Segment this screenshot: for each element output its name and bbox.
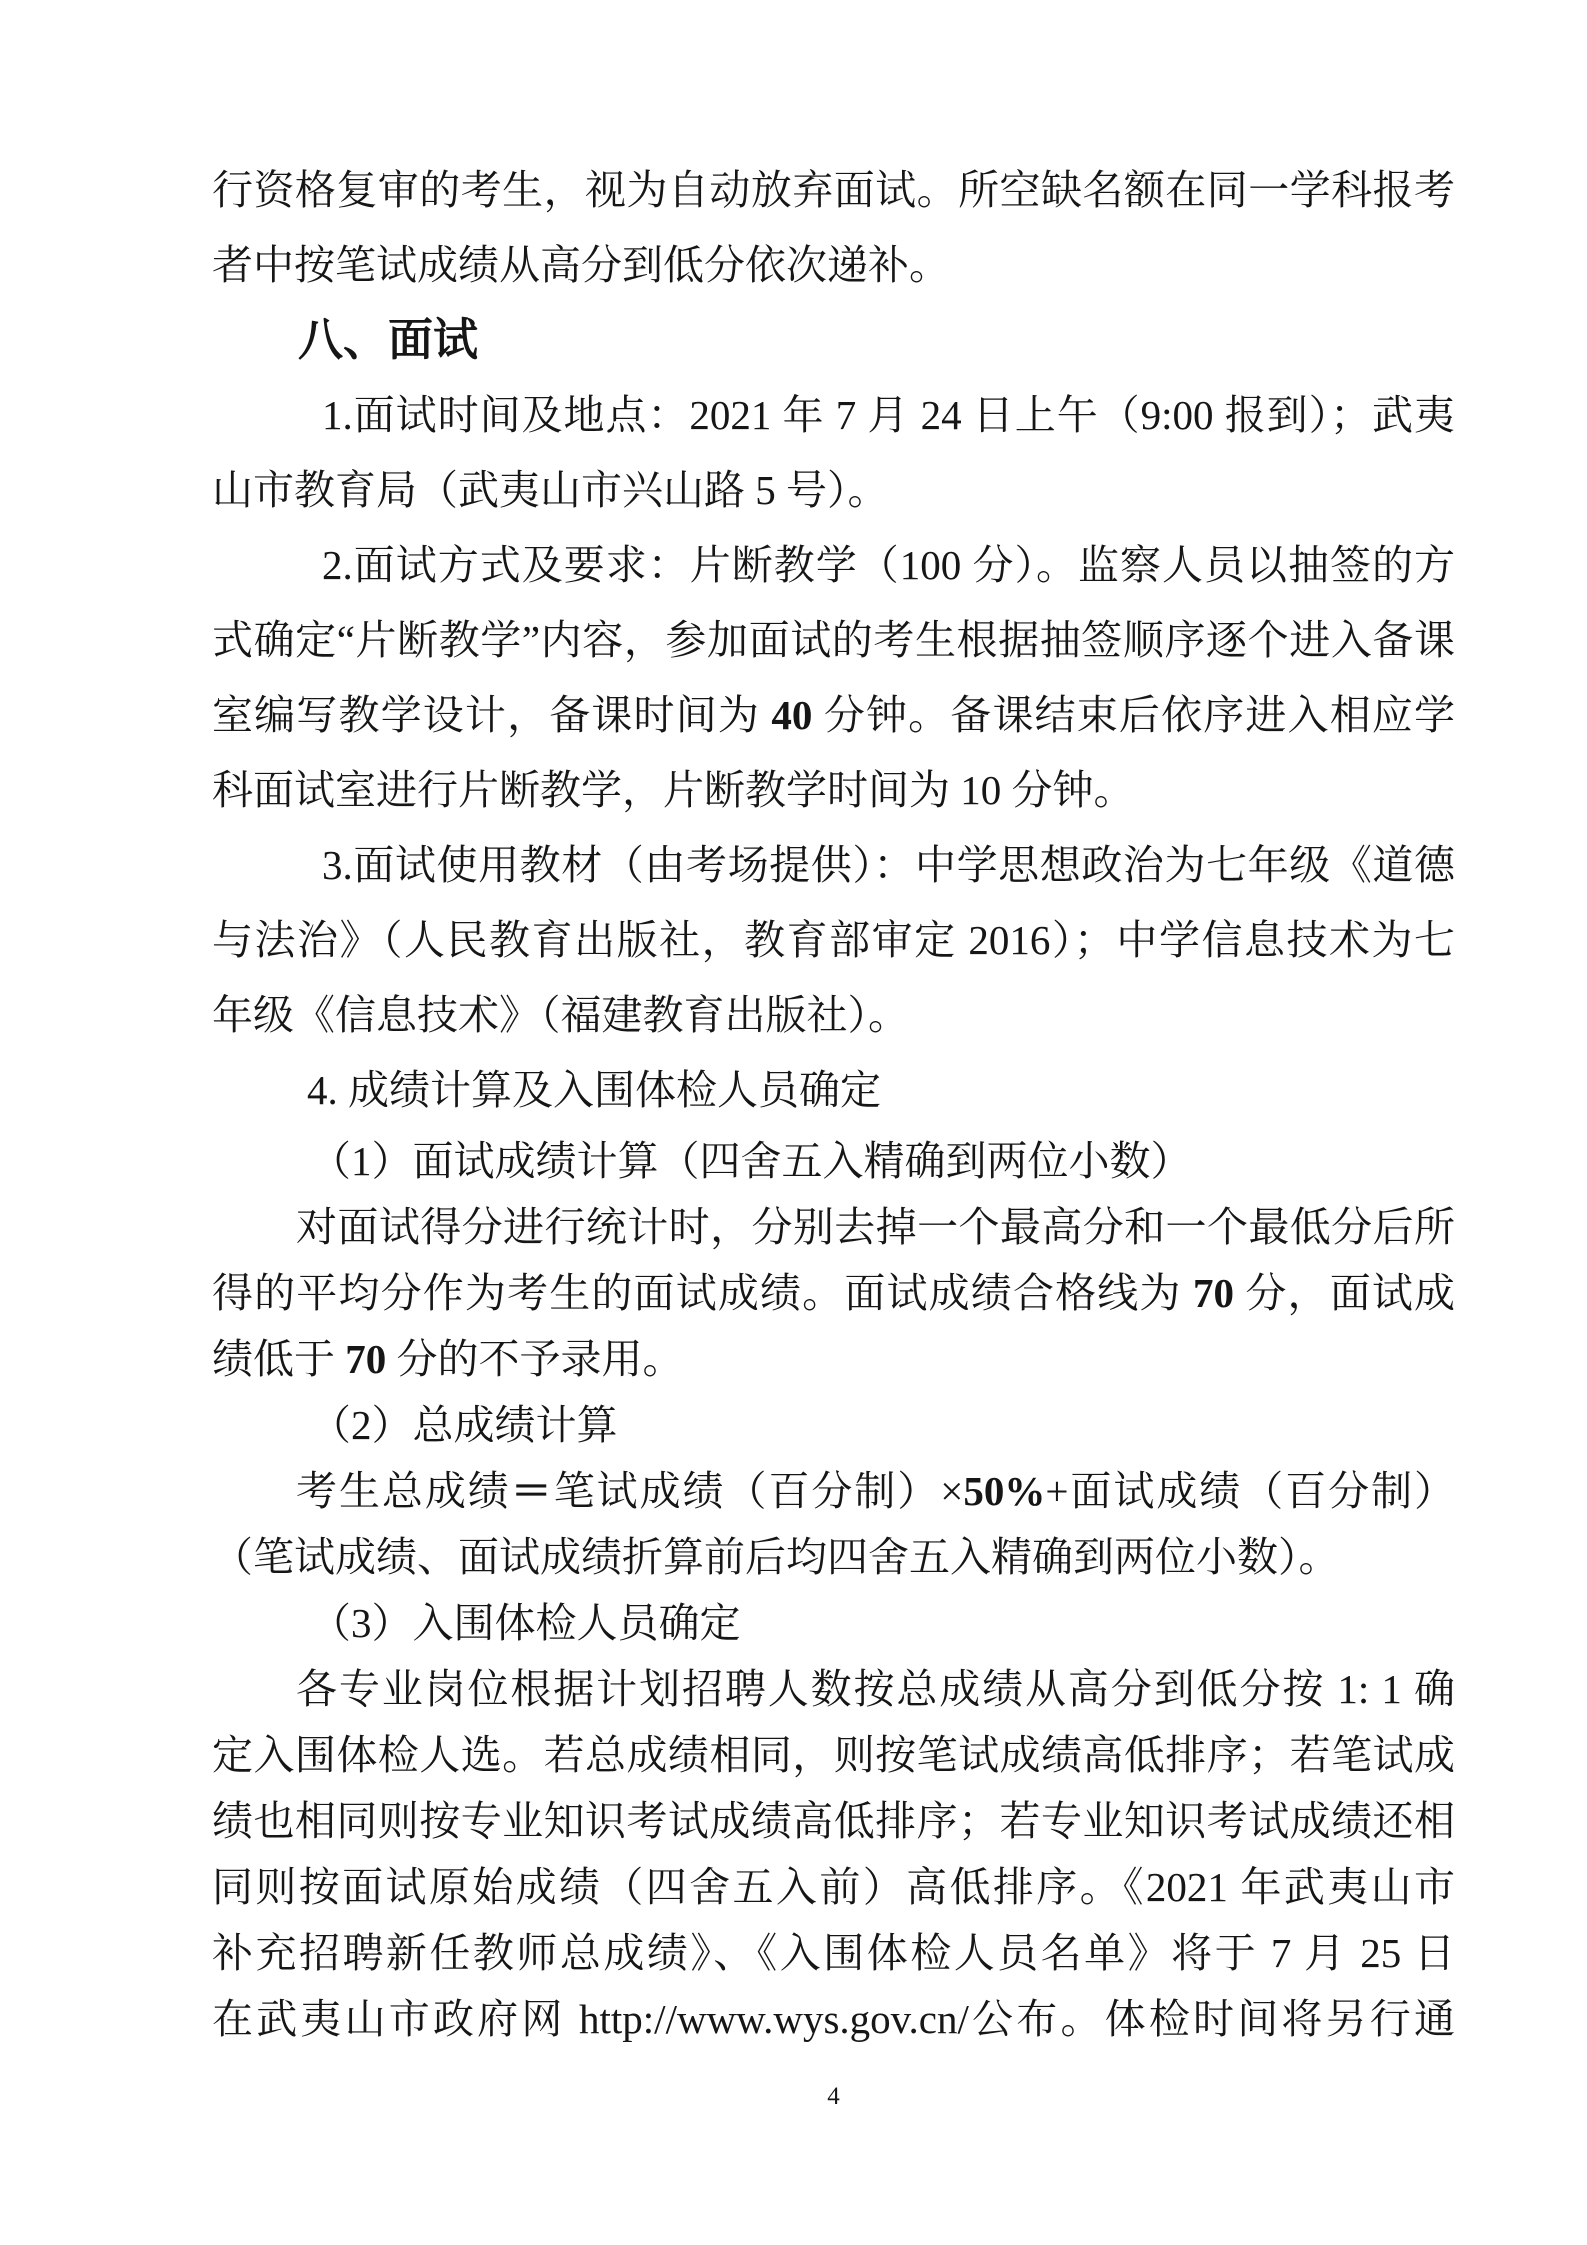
text-line: 山市教育局（武夷山市兴山路 5 号）。 [212,453,1455,528]
text-line: 在武夷山市政府网 http://www.wys.gov.cn/公布。体检时间将另… [212,1986,1455,2052]
text-line: 定入围体检人选。若总成绩相同，则按笔试成绩高低排序；若笔试成 [212,1722,1455,1788]
document-page: 行资格复审的考生，视为自动放弃面试。所空缺名额在同一学科报考者中按笔试成绩从高分… [0,0,1587,2245]
text-line: 2.面试方式及要求：片断教学（100 分）。监察人员以抽签的方 [212,528,1455,603]
text-line: 行资格复审的考生，视为自动放弃面试。所空缺名额在同一学科报考 [212,153,1455,228]
text-line: 3.面试使用教材（由考场提供）：中学思想政治为七年级《道德 [212,828,1455,903]
text-line: 科面试室进行片断教学，片断教学时间为 10 分钟。 [212,753,1455,828]
text-line: 绩也相同则按专业知识考试成绩高低排序；若专业知识考试成绩还相 [212,1788,1455,1854]
text-line: 得的平均分作为考生的面试成绩。面试成绩合格线为 70 分，面试成 [212,1260,1455,1326]
text-line: 室编写教学设计，备课时间为 40 分钟。备课结束后依序进入相应学 [212,678,1455,753]
text-line: 与法治》（人民教育出版社，教育部审定 2016）；中学信息技术为七 [212,903,1455,978]
document-body: 行资格复审的考生，视为自动放弃面试。所空缺名额在同一学科报考者中按笔试成绩从高分… [212,153,1455,2052]
text-line: 考生总成绩＝笔试成绩（百分制）×50%+面试成绩（百分制）×50％ [212,1458,1455,1524]
text-line: 4. 成绩计算及入围体检人员确定 [212,1053,1455,1128]
text-line: 者中按笔试成绩从高分到低分依次递补。 [212,228,1455,303]
text-line: （2）总成绩计算 [212,1392,1455,1458]
page-number: 4 [212,2082,1455,2112]
text-line: （笔试成绩、面试成绩折算前后均四舍五入精确到两位小数）。 [212,1524,1455,1590]
text-line: 对面试得分进行统计时，分别去掉一个最高分和一个最低分后所 [212,1194,1455,1260]
text-line: 补充招聘新任教师总成绩》、《入围体检人员名单》将于 7 月 25 日 [212,1920,1455,1986]
text-line: 式确定“片断教学”内容，参加面试的考生根据抽签顺序逐个进入备课 [212,603,1455,678]
text-line: 绩低于 70 分的不予录用。 [212,1326,1455,1392]
text-line: 同则按面试原始成绩（四舍五入前）高低排序。《2021 年武夷山市 [212,1854,1455,1920]
section-heading: 八、面试 [212,303,1455,378]
text-line: 1.面试时间及地点：2021 年 7 月 24 日上午（9:00 报到）；武夷 [212,378,1455,453]
text-line: 各专业岗位根据计划招聘人数按总成绩从高分到低分按 1: 1 确 [212,1656,1455,1722]
text-line: （3）入围体检人员确定 [212,1590,1455,1656]
text-line: 年级《信息技术》（福建教育出版社）。 [212,978,1455,1053]
text-line: （1）面试成绩计算（四舍五入精确到两位小数） [212,1128,1455,1194]
